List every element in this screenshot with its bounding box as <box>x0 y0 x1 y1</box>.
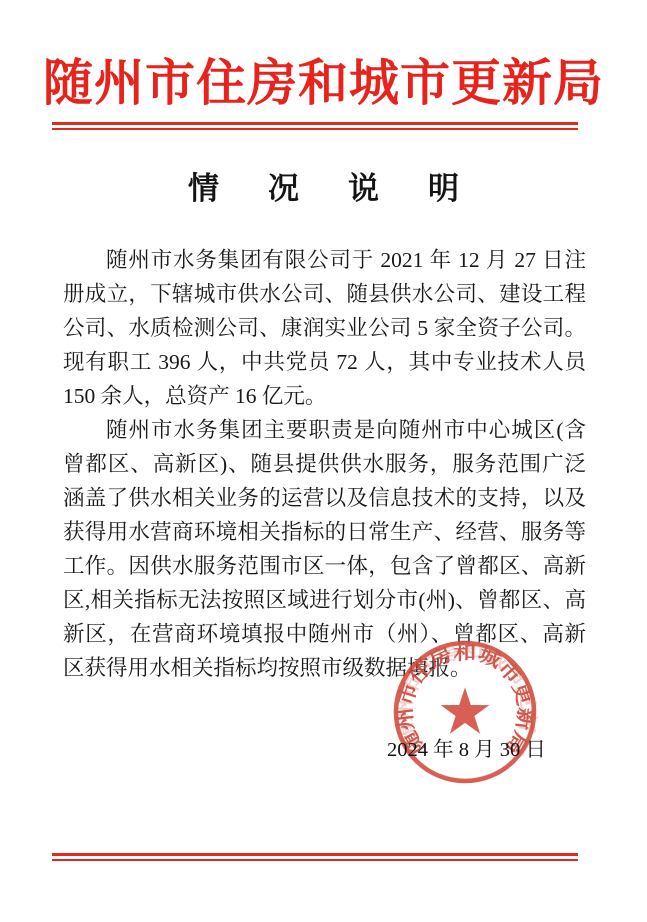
body-paragraph-1: 随州市水务集团有限公司于 2021 年 12 月 27 日注册成立，下辖城市供水… <box>63 243 586 413</box>
letterhead-title: 随州市住房和城市更新局 <box>0 56 647 111</box>
document-title: 情 况 说 明 <box>0 163 647 208</box>
footer-double-rule <box>52 853 578 861</box>
seal-star <box>441 687 490 733</box>
document-page: 随州市住房和城市更新局 情 况 说 明 随州市水务集团有限公司于 2021 年 … <box>0 0 647 922</box>
document-date: 2024 年 8 月 30 日 <box>387 732 546 762</box>
official-seal: 随州市住房和城市更新局 随州市住房和城市更新局 <box>391 638 539 786</box>
header-double-rule <box>52 122 578 130</box>
document-body: 随州市水务集团有限公司于 2021 年 12 月 27 日注册成立，下辖城市供水… <box>63 243 586 685</box>
